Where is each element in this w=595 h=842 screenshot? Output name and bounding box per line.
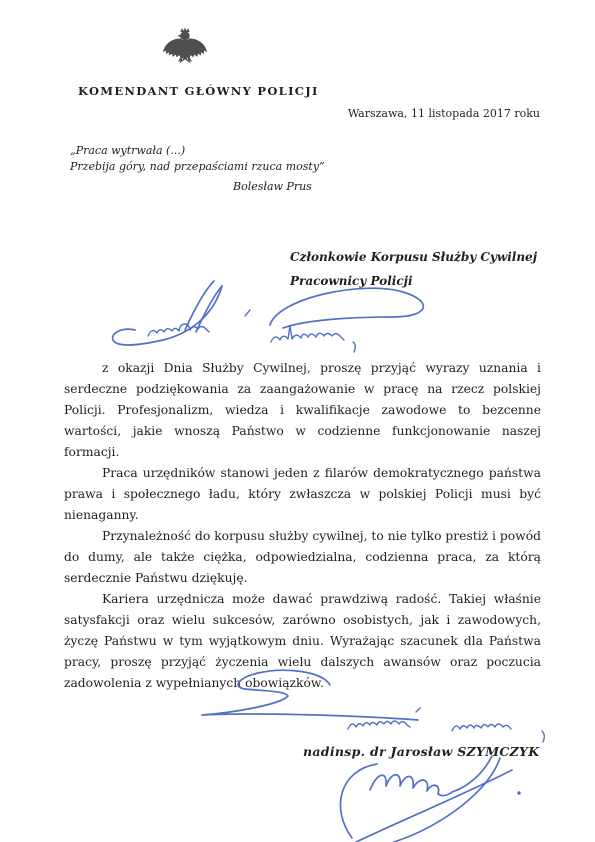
signature-handwriting bbox=[322, 748, 538, 842]
epigraph: „Praca wytrwała (...) Przebija góry, nad… bbox=[70, 143, 325, 174]
office-title: KOMENDANT GŁÓWNY POLICJI bbox=[78, 84, 319, 98]
epigraph-author: Bolesław Prus bbox=[233, 180, 312, 193]
dateline: Warszawa, 11 listopada 2017 roku bbox=[348, 107, 540, 120]
body-paragraph-3: Przynależność do korpusu służby cywilnej… bbox=[64, 526, 541, 589]
closing-handwriting bbox=[190, 663, 562, 751]
salutation-handwriting bbox=[103, 272, 438, 364]
epigraph-line-1: „Praca wytrwała (...) bbox=[70, 143, 325, 159]
addressee-line-1: Członkowie Korpusu Służby Cywilnej bbox=[290, 245, 537, 269]
body-paragraph-2: Praca urzędników stanowi jeden z filarów… bbox=[64, 463, 541, 526]
epigraph-line-2: Przebija góry, nad przepaściami rzuca mo… bbox=[70, 159, 325, 175]
letter-page: KOMENDANT GŁÓWNY POLICJI Warszawa, 11 li… bbox=[0, 0, 595, 842]
letter-body: z okazji Dnia Służby Cywilnej, proszę pr… bbox=[64, 358, 541, 694]
body-paragraph-1: z okazji Dnia Służby Cywilnej, proszę pr… bbox=[64, 358, 541, 463]
polish-eagle-icon bbox=[162, 24, 208, 76]
